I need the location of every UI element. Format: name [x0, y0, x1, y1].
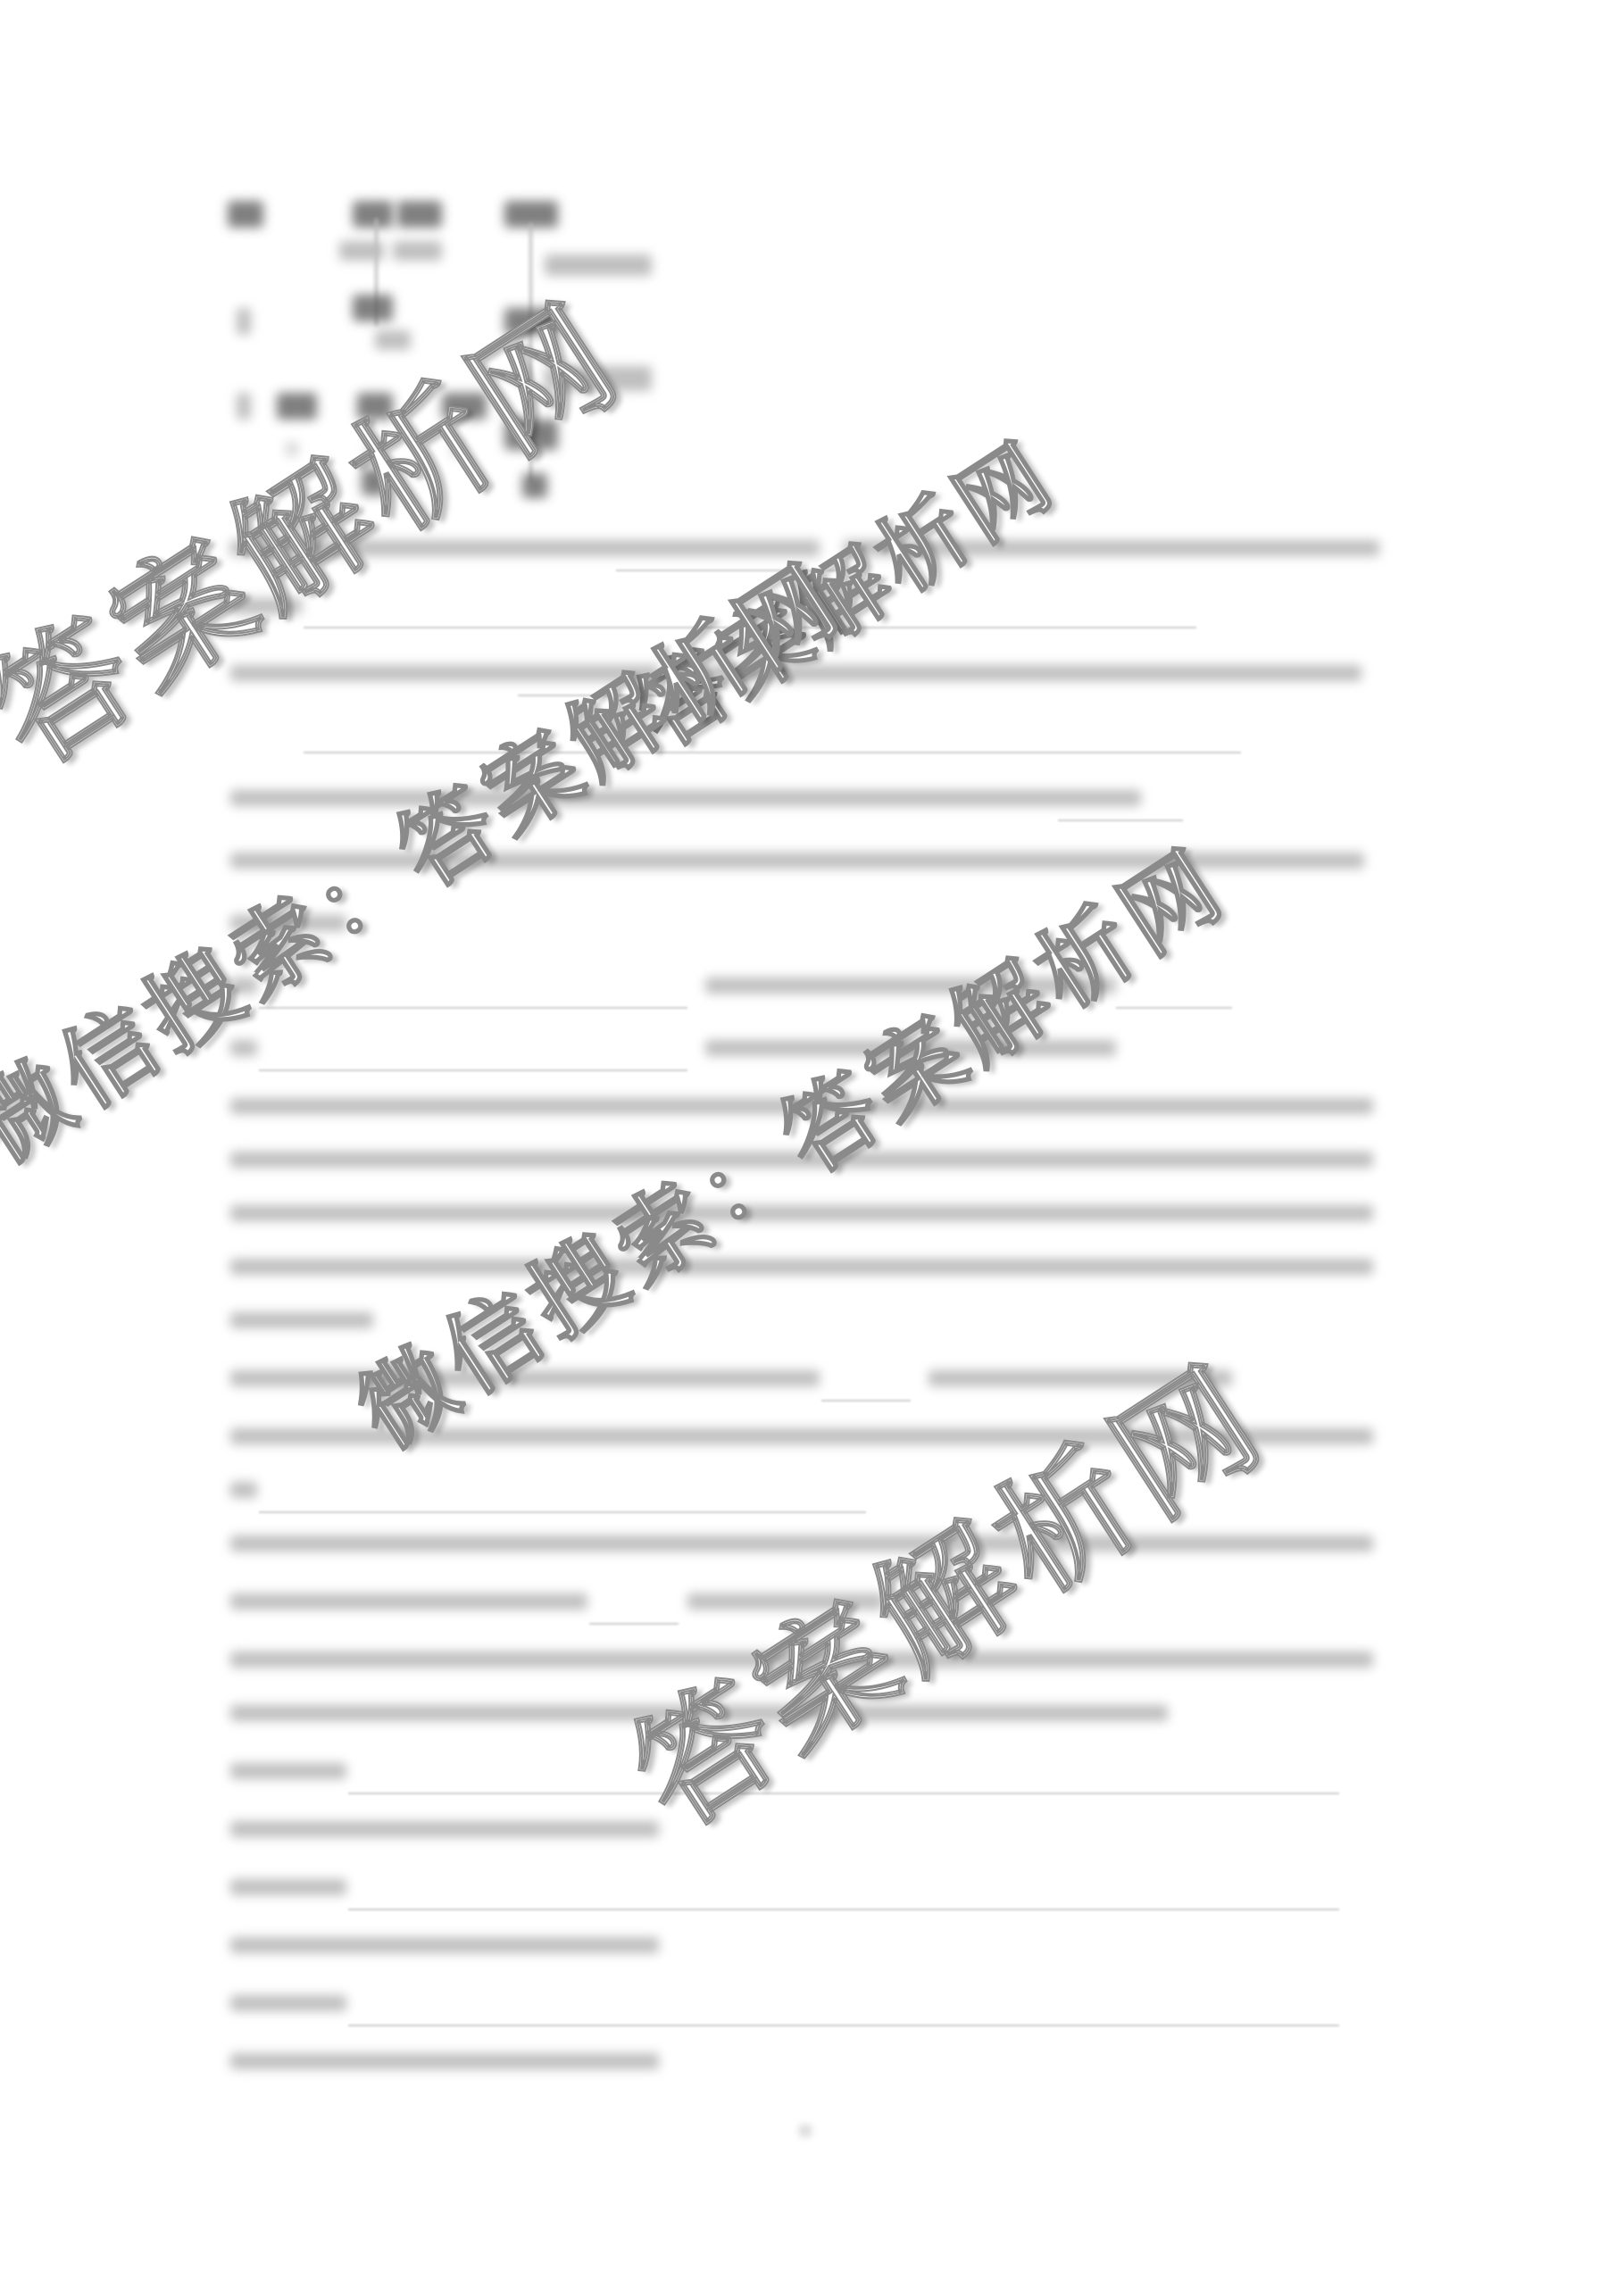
- page-number: [799, 2125, 812, 2137]
- watermark: 答案解析网: [609, 406, 1076, 771]
- document-page: 答案解析网 答案解析网 微信搜索：答案解析网 微信搜索：答案解析网 答案解析网: [0, 0, 1624, 2296]
- watermark: 答案解析网: [591, 1311, 1295, 1862]
